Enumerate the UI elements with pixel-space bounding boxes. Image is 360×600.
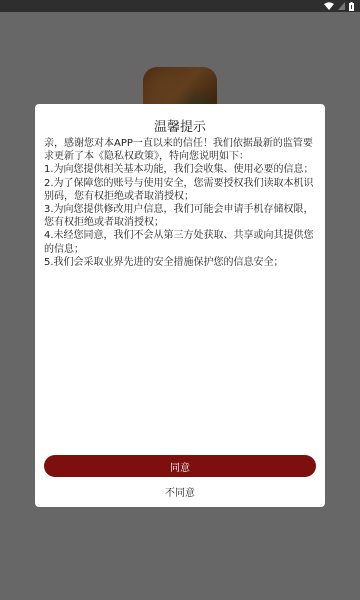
dialog-body: 亲，感谢您对本APP一直以来的信任！我们依据最新的监管要求更新了本《隐私权政策》… [44,137,317,269]
dialog-title: 温馨提示 [35,116,325,135]
signal-icon [338,2,345,10]
status-bar [0,0,360,12]
wifi-icon [324,2,334,10]
disagree-button[interactable]: 不同意 [35,484,325,500]
agree-button[interactable]: 同意 [44,455,316,477]
policy-item-1: 1.为向您提供相关基本功能，我们会收集、使用必要的信息； [44,163,317,176]
status-icons [324,1,354,11]
policy-item-2: 2.为了保障您的账号与使用安全，您需要授权我们读取本机识别码，您有权拒绝或者取消… [44,177,317,203]
privacy-dialog: 温馨提示 亲，感谢您对本APP一直以来的信任！我们依据最新的监管要求更新了本《隐… [35,104,325,507]
policy-item-5: 5.我们会采取业界先进的安全措施保护您的信息安全； [44,256,317,269]
battery-icon [349,2,354,11]
intro-paragraph: 亲，感谢您对本APP一直以来的信任！我们依据最新的监管要求更新了本《隐私权政策》… [44,137,317,163]
policy-item-3: 3.为向您提供修改用户信息，我们可能会申请手机存储权限，您有权拒绝或者取消授权； [44,203,317,229]
policy-item-4: 4.未经您同意，我们不会从第三方处获取、共享或向其提供您的信息； [44,229,317,255]
